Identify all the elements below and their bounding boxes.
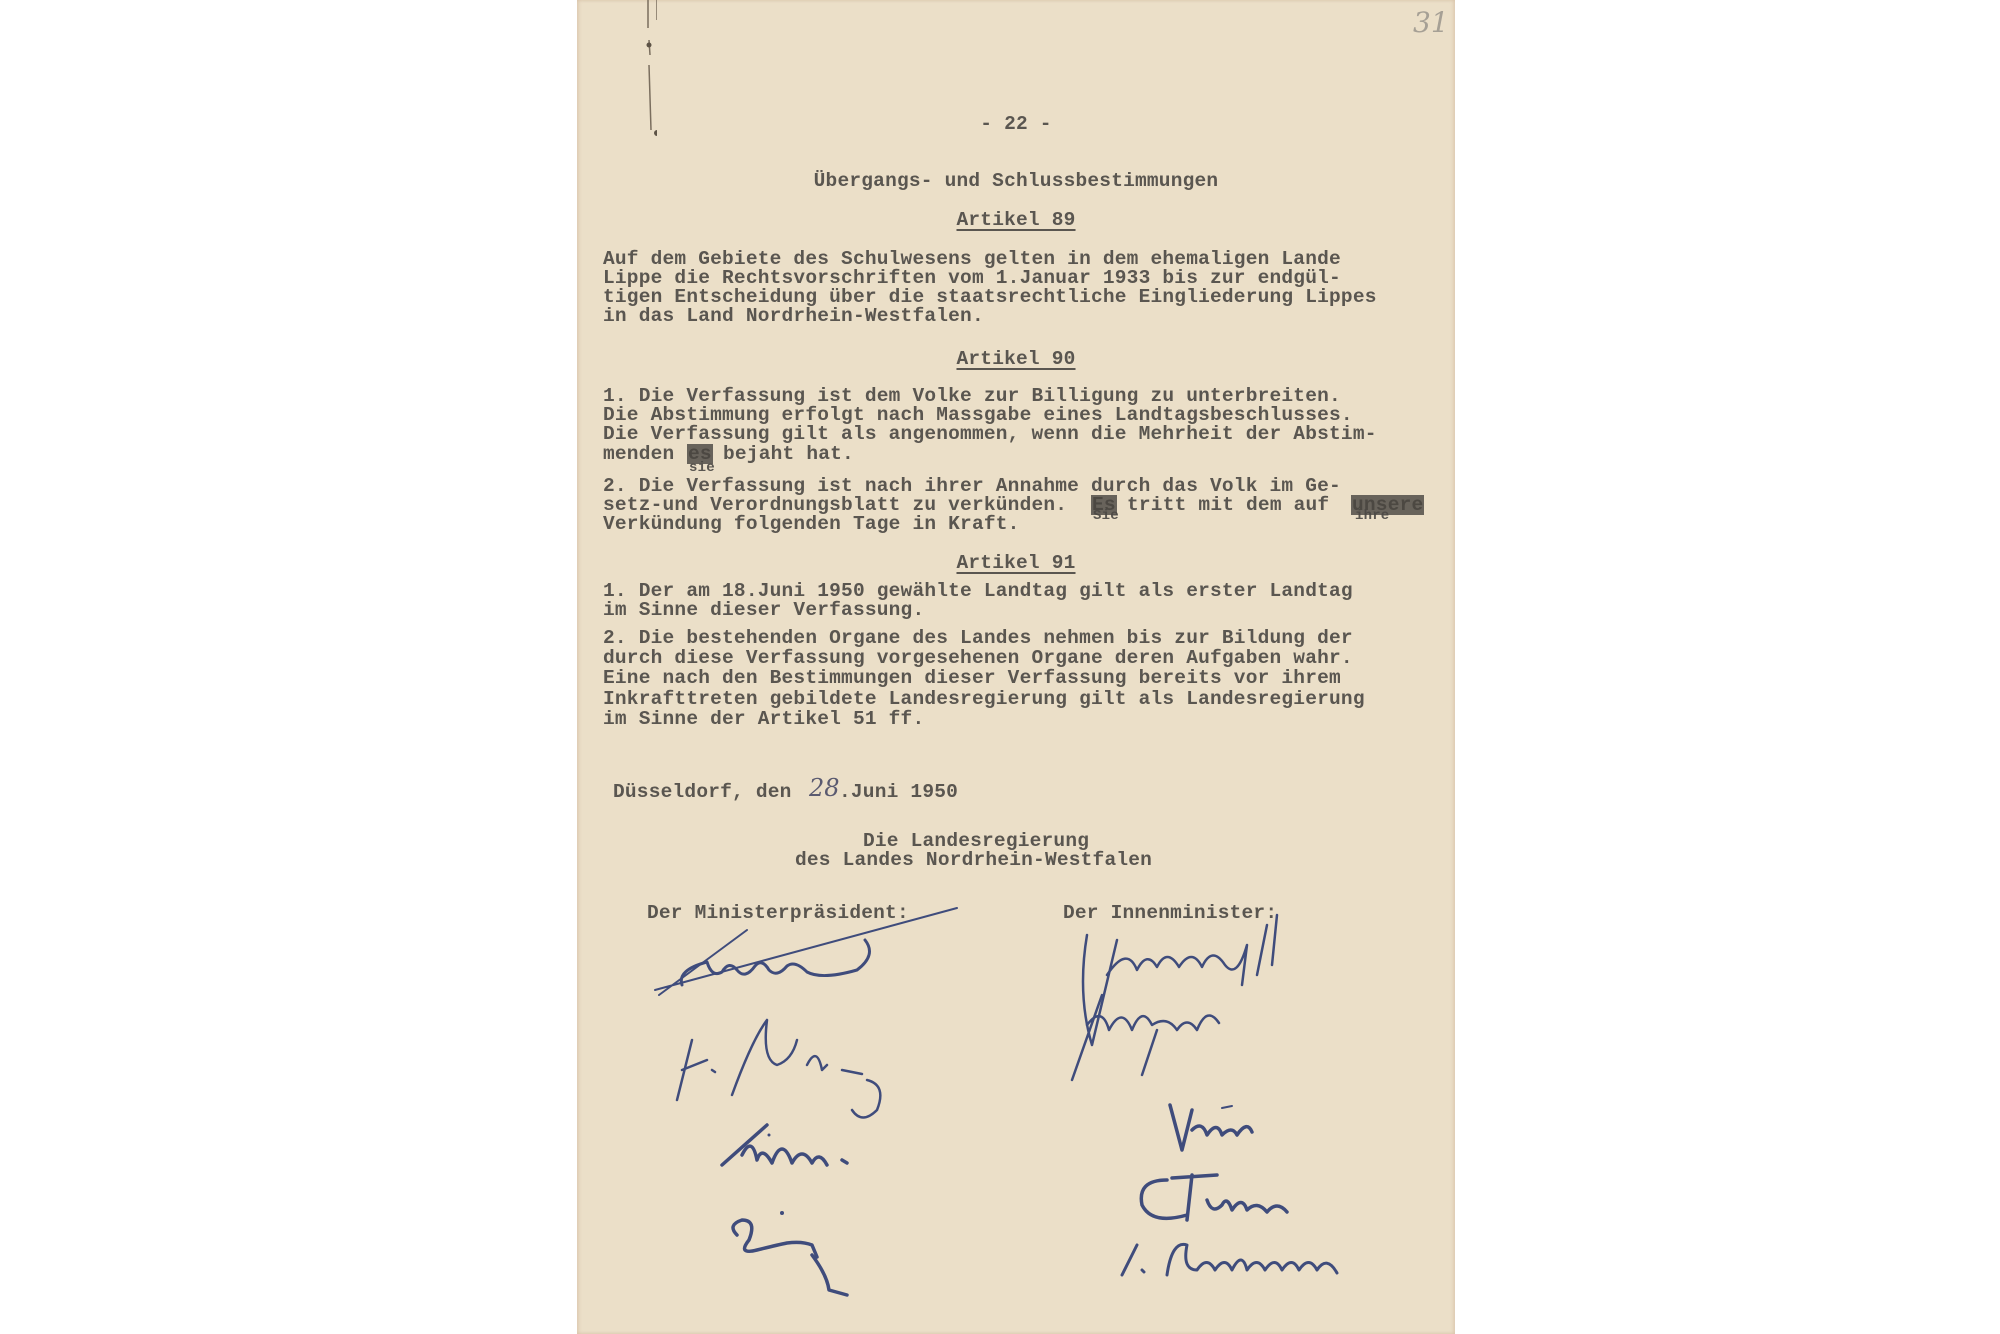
article-90-line: tritt mit dem auf	[1127, 495, 1329, 515]
place-date-prefix: Düsseldorf, den	[613, 782, 792, 802]
article-90-line: setz-und Verordnungsblatt zu verkünden.	[603, 495, 1067, 515]
article-90-line: Die Abstimmung erfolgt nach Massgabe ein…	[603, 405, 1353, 425]
signature-luenendonk	[1152, 1090, 1292, 1160]
issuer-line-2: des Landes Nordrhein-Westfalen	[795, 850, 1152, 870]
article-90-line: 1. Die Verfassung ist dem Volke zur Bill…	[603, 386, 1341, 406]
issuer-line-1: Die Landesregierung	[863, 831, 1089, 851]
article-89-line: in das Land Nordrhein-Westfalen.	[603, 306, 984, 326]
handwritten-day: 28	[809, 774, 840, 802]
article-89-line: Auf dem Gebiete des Schulwesens gelten i…	[603, 249, 1341, 269]
article-91-line: durch diese Verfassung vorgesehenen Orga…	[603, 648, 1353, 668]
article-90-heading: Artikel 90	[577, 349, 1455, 369]
article-91-line: 2. Die bestehenden Organe des Landes neh…	[603, 628, 1353, 648]
article-91-line: Inkrafttreten gebildete Landesregierung …	[603, 689, 1365, 709]
article-90-line: 2. Die Verfassung ist nach ihrer Annahme…	[603, 476, 1341, 496]
page-number: - 22 -	[577, 114, 1455, 134]
article-91-heading: Artikel 91	[577, 553, 1455, 573]
article-91-line: im Sinne der Artikel 51 ff.	[603, 709, 924, 729]
article-89-heading: Artikel 89	[577, 210, 1455, 230]
signature-minister-president	[637, 900, 997, 1000]
place-date-suffix: .Juni 1950	[839, 782, 958, 802]
article-91-line: im Sinne dieser Verfassung.	[603, 600, 924, 620]
article-89-line: tigen Entscheidung über die staatsrechtl…	[603, 287, 1377, 307]
signature-weitz	[707, 1105, 907, 1185]
archive-page-number: 31	[1413, 6, 1449, 39]
article-91-line: Eine nach den Bestimmungen dieser Verfas…	[603, 668, 1341, 688]
article-90-line: Verkündung folgenden Tage in Kraft.	[603, 514, 1020, 534]
article-90-line: Die Verfassung gilt als angenommen, wenn…	[603, 424, 1377, 444]
article-89-line: Lippe die Rechtsvorschriften vom 1.Janua…	[603, 268, 1341, 288]
article-91-line: 1. Der am 18.Juni 1950 gewählte Landtag …	[603, 581, 1353, 601]
signature-steinhoff	[717, 1195, 897, 1305]
inserted-word: ihre	[1355, 509, 1389, 523]
article-90-line: bejaht hat.	[723, 444, 854, 464]
signature-dr-amelunxen	[1097, 1225, 1397, 1295]
inserted-word: sie	[689, 461, 715, 475]
signature-menzel	[1047, 905, 1407, 1095]
document-page: 31 - 22 - Übergangs- und Schlussbestimmu…	[577, 0, 1455, 1334]
section-title: Übergangs- und Schlussbestimmungen	[577, 171, 1455, 191]
article-90-line: menden	[603, 444, 674, 464]
inserted-word: Sie	[1093, 509, 1119, 523]
